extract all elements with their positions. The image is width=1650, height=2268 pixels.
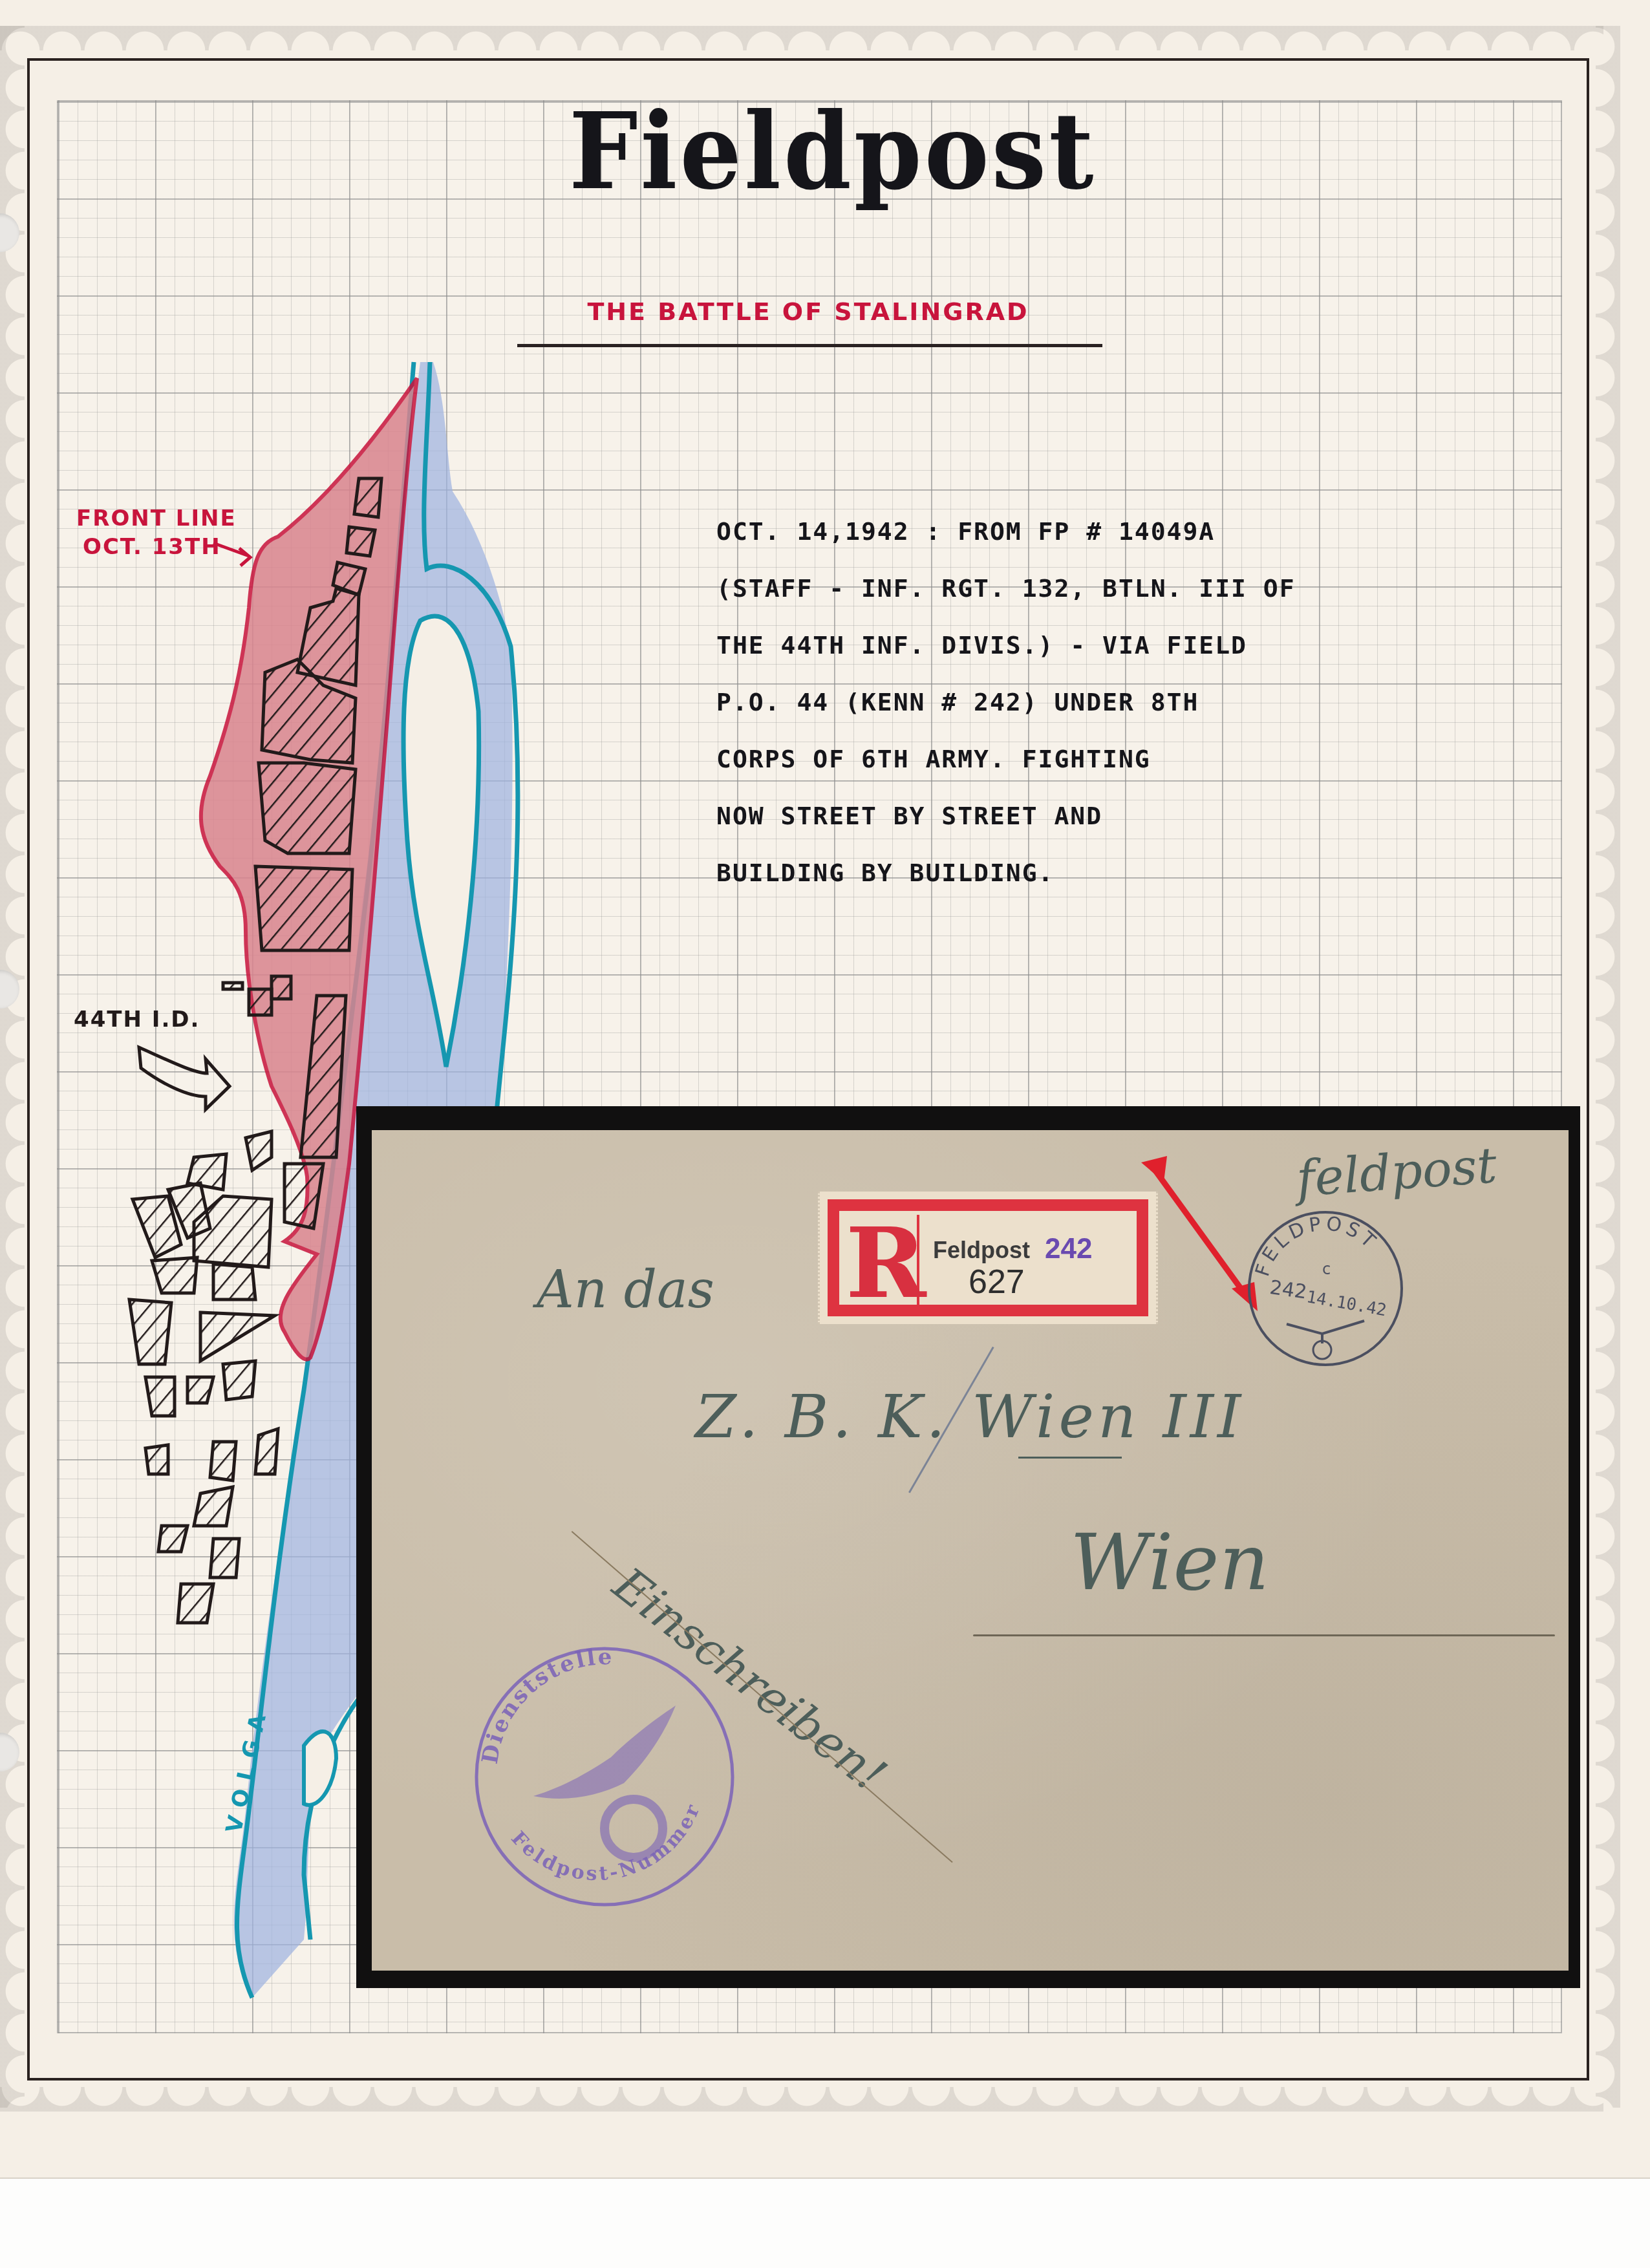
postmark-kenn: 242	[1269, 1276, 1309, 1304]
page-title: Fieldpost	[569, 100, 1073, 204]
eagle-emblem-icon	[1313, 1341, 1331, 1359]
registered-envelope: R Feldpost 242 627 feldpost An das Z. B.…	[372, 1130, 1569, 1971]
note-line: (STAFF - INF. RGT. 132, BTLN. III OF	[716, 574, 1376, 631]
postmark-letter: c	[1322, 1260, 1331, 1278]
city-underline	[973, 1634, 1555, 1636]
front-line-label: FRONT LINE OCT. 13TH	[76, 504, 237, 561]
registration-label-border: R Feldpost 242 627	[828, 1199, 1148, 1316]
postmark-date: 14.10.42	[1305, 1287, 1388, 1320]
unit-cachet-bottom-text: Feldpost-Nummer 14049 A	[469, 1641, 705, 1885]
page-subtitle: THE BATTLE OF STALINGRAD	[517, 297, 1099, 326]
note-line: NOW STREET BY STREET AND	[716, 802, 1376, 859]
registration-label: R Feldpost 242 627	[818, 1192, 1158, 1324]
handwritten-feldpost: feldpost	[1294, 1136, 1498, 1207]
unit-cachet: Dienststelle Feldpost-Nummer 14049 A	[469, 1641, 740, 1912]
note-line: CORPS OF 6TH ARMY. FIGHTING	[716, 745, 1376, 802]
handwritten-addressee: Z. B. K. Wien III	[695, 1382, 1245, 1451]
feldpost-postmark: FELDPOST c 242 14.10.42	[1241, 1204, 1409, 1373]
subtitle-underline	[517, 344, 1102, 347]
handwritten-salutation: An das	[537, 1259, 714, 1320]
unit-cachet-top-text: Dienststelle	[477, 1644, 614, 1766]
note-line: BUILDING BY BUILDING.	[716, 859, 1376, 915]
handwritten-city: Wien	[1070, 1518, 1269, 1608]
eagle-emblem-icon	[533, 1706, 676, 1799]
note-line: P.O. 44 (KENN # 242) UNDER 8TH	[716, 688, 1376, 745]
description-notes: OCT. 14,1942 : FROM FP # 14049A (STAFF -…	[716, 517, 1376, 915]
front-line-label-line2: OCT. 13TH	[76, 533, 237, 561]
attack-arrow-icon	[139, 1047, 230, 1109]
division-label: 44TH I.D.	[74, 1005, 200, 1034]
note-line: OCT. 14,1942 : FROM FP # 14049A	[716, 517, 1376, 574]
registration-kenn-number: 242	[1045, 1233, 1092, 1265]
svg-text:Feldpost-Nummer 14049 A: Feldpost-Nummer 14049 A	[469, 1641, 705, 1885]
svg-text:Dienststelle: Dienststelle	[477, 1644, 614, 1766]
addressee-underline	[1018, 1457, 1122, 1459]
note-line: THE 44TH INF. DIVIS.) - VIA FIELD	[716, 631, 1376, 688]
front-line-label-line1: FRONT LINE	[76, 504, 237, 533]
registration-office: Feldpost	[933, 1237, 1030, 1264]
registration-letter: R	[846, 1215, 919, 1312]
registration-number: 627	[969, 1263, 1025, 1301]
